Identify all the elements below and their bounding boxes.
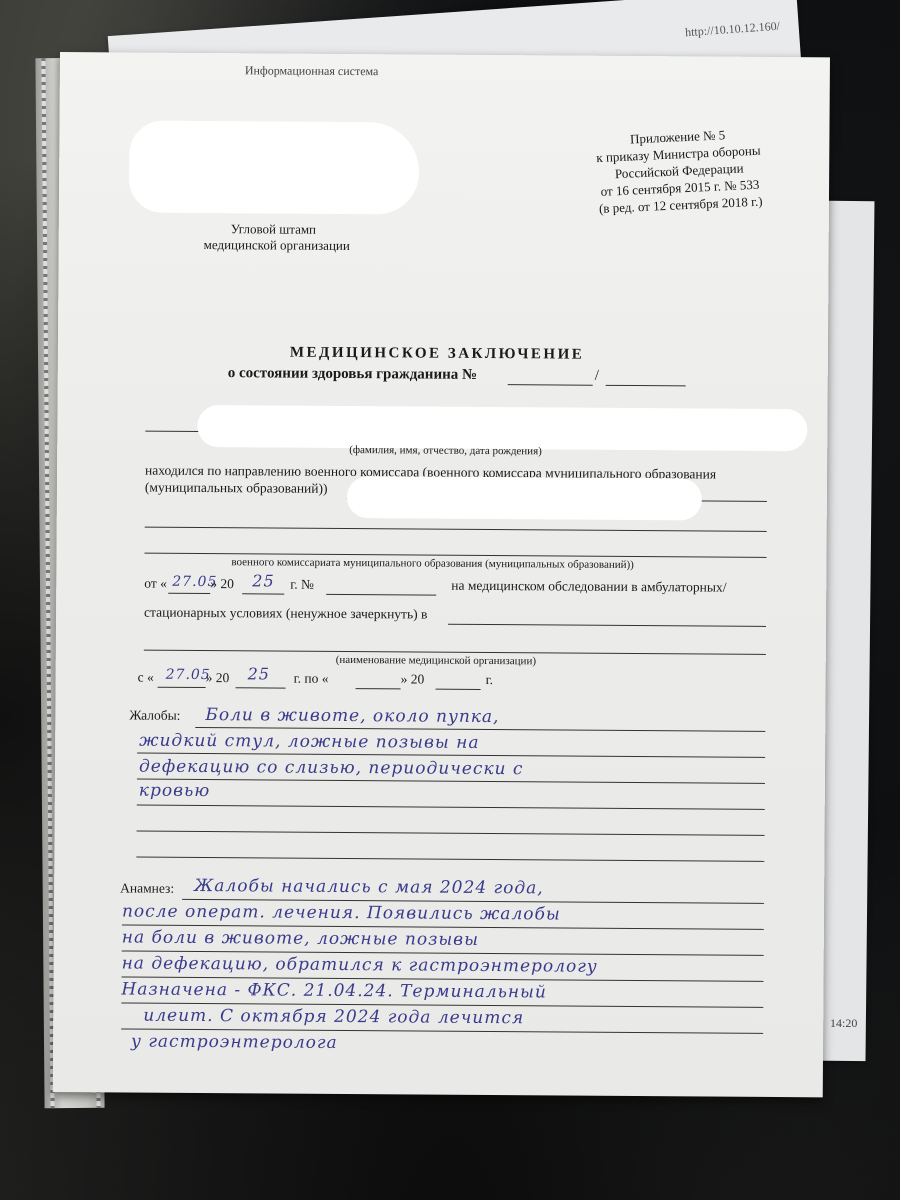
medical-form: Информационная система Угловой штамп мед… xyxy=(53,52,830,1097)
period-from-day-field xyxy=(158,687,206,688)
period-to-day-field xyxy=(356,688,401,689)
from-day-field xyxy=(168,593,210,594)
sleeve-perforation xyxy=(41,58,54,1108)
period-from-day-value: 27.05 xyxy=(166,667,211,683)
anamnesis-text-line: на дефекацию, обратился к гастроэнтероло… xyxy=(122,953,598,976)
period-from-label: с « xyxy=(138,670,154,686)
period-year-prefix: » 20 xyxy=(206,670,230,686)
redacted-referral xyxy=(347,476,702,520)
number-separator: / xyxy=(595,368,599,385)
stamp-line1: Угловой штамп xyxy=(231,221,316,238)
complaints-text-line: кровью xyxy=(139,781,211,801)
from-year-field xyxy=(242,593,284,594)
number-label: г. № xyxy=(290,577,314,593)
stamp-line2: медицинской организации xyxy=(204,237,350,254)
anamnesis-text-line: после операт. лечения. Появились жалобы xyxy=(122,901,561,924)
person-caption: (фамилия, имя, отчество, дата рождения) xyxy=(349,444,542,457)
organization-caption: (наименование медицинской организации) xyxy=(336,654,536,667)
document-subtitle: о состоянии здоровья гражданина № xyxy=(228,365,477,384)
complaints-text-line: Боли в животе, около пупка, xyxy=(205,705,499,727)
referral-text2: (муниципальных образований)) xyxy=(145,480,328,497)
exam-text2: стационарных условиях (ненужное зачеркну… xyxy=(144,605,427,623)
printed-time: 14:20 xyxy=(830,1016,857,1031)
exam-text: на медицинском обследовании в амбулаторн… xyxy=(451,578,726,596)
complaints-line xyxy=(137,779,765,784)
period-to-label: г. по « xyxy=(294,671,329,687)
period-to-mid: » 20 xyxy=(401,671,425,687)
organization-field xyxy=(448,624,766,627)
referral-field-2 xyxy=(145,527,767,532)
from-year-value: 25 xyxy=(252,571,274,590)
document-title: МЕДИЦИНСКОЕ ЗАКЛЮЧЕНИЕ xyxy=(290,345,585,364)
anamnesis-label: Анамнез: xyxy=(120,880,174,896)
period-from-year-field xyxy=(236,687,286,688)
from-label: от « xyxy=(144,576,167,592)
referral-number-field xyxy=(326,594,436,596)
complaints-text-line: дефекацию со слизью, периодически с xyxy=(139,757,524,780)
referral-caption: военного комиссариата муниципального обр… xyxy=(231,556,634,571)
anamnesis-text-line: у гастроэнтеролога xyxy=(131,1032,338,1053)
complaints-text-line: жидкий стул, ложные позывы на xyxy=(139,731,479,753)
complaints-line xyxy=(136,857,764,862)
period-end: г. xyxy=(486,672,494,688)
number-field xyxy=(508,384,593,386)
appendix-block: Приложение № 5 к приказу Министра оборон… xyxy=(567,123,791,218)
period-to-year-field xyxy=(436,689,481,690)
number-field-2 xyxy=(606,385,686,387)
system-header: Информационная система xyxy=(245,63,379,79)
anamnesis-text-line: Назначена - ФКС. 21.04.24. Терминальный xyxy=(121,979,547,1002)
anamnesis-text-line: илеит. С октября 2024 года лечится xyxy=(143,1006,524,1029)
year-prefix: » 20 xyxy=(210,576,234,592)
complaints-label: Жалобы: xyxy=(129,708,180,724)
complaints-line xyxy=(137,831,765,836)
redacted-stamp xyxy=(129,120,420,214)
anamnesis-text-line: Жалобы начались с мая 2024 года, xyxy=(194,876,544,898)
anamnesis-text-line: на боли в животе, ложные позывы xyxy=(122,927,479,949)
period-from-year-value: 25 xyxy=(248,664,270,683)
complaints-line xyxy=(137,805,765,810)
